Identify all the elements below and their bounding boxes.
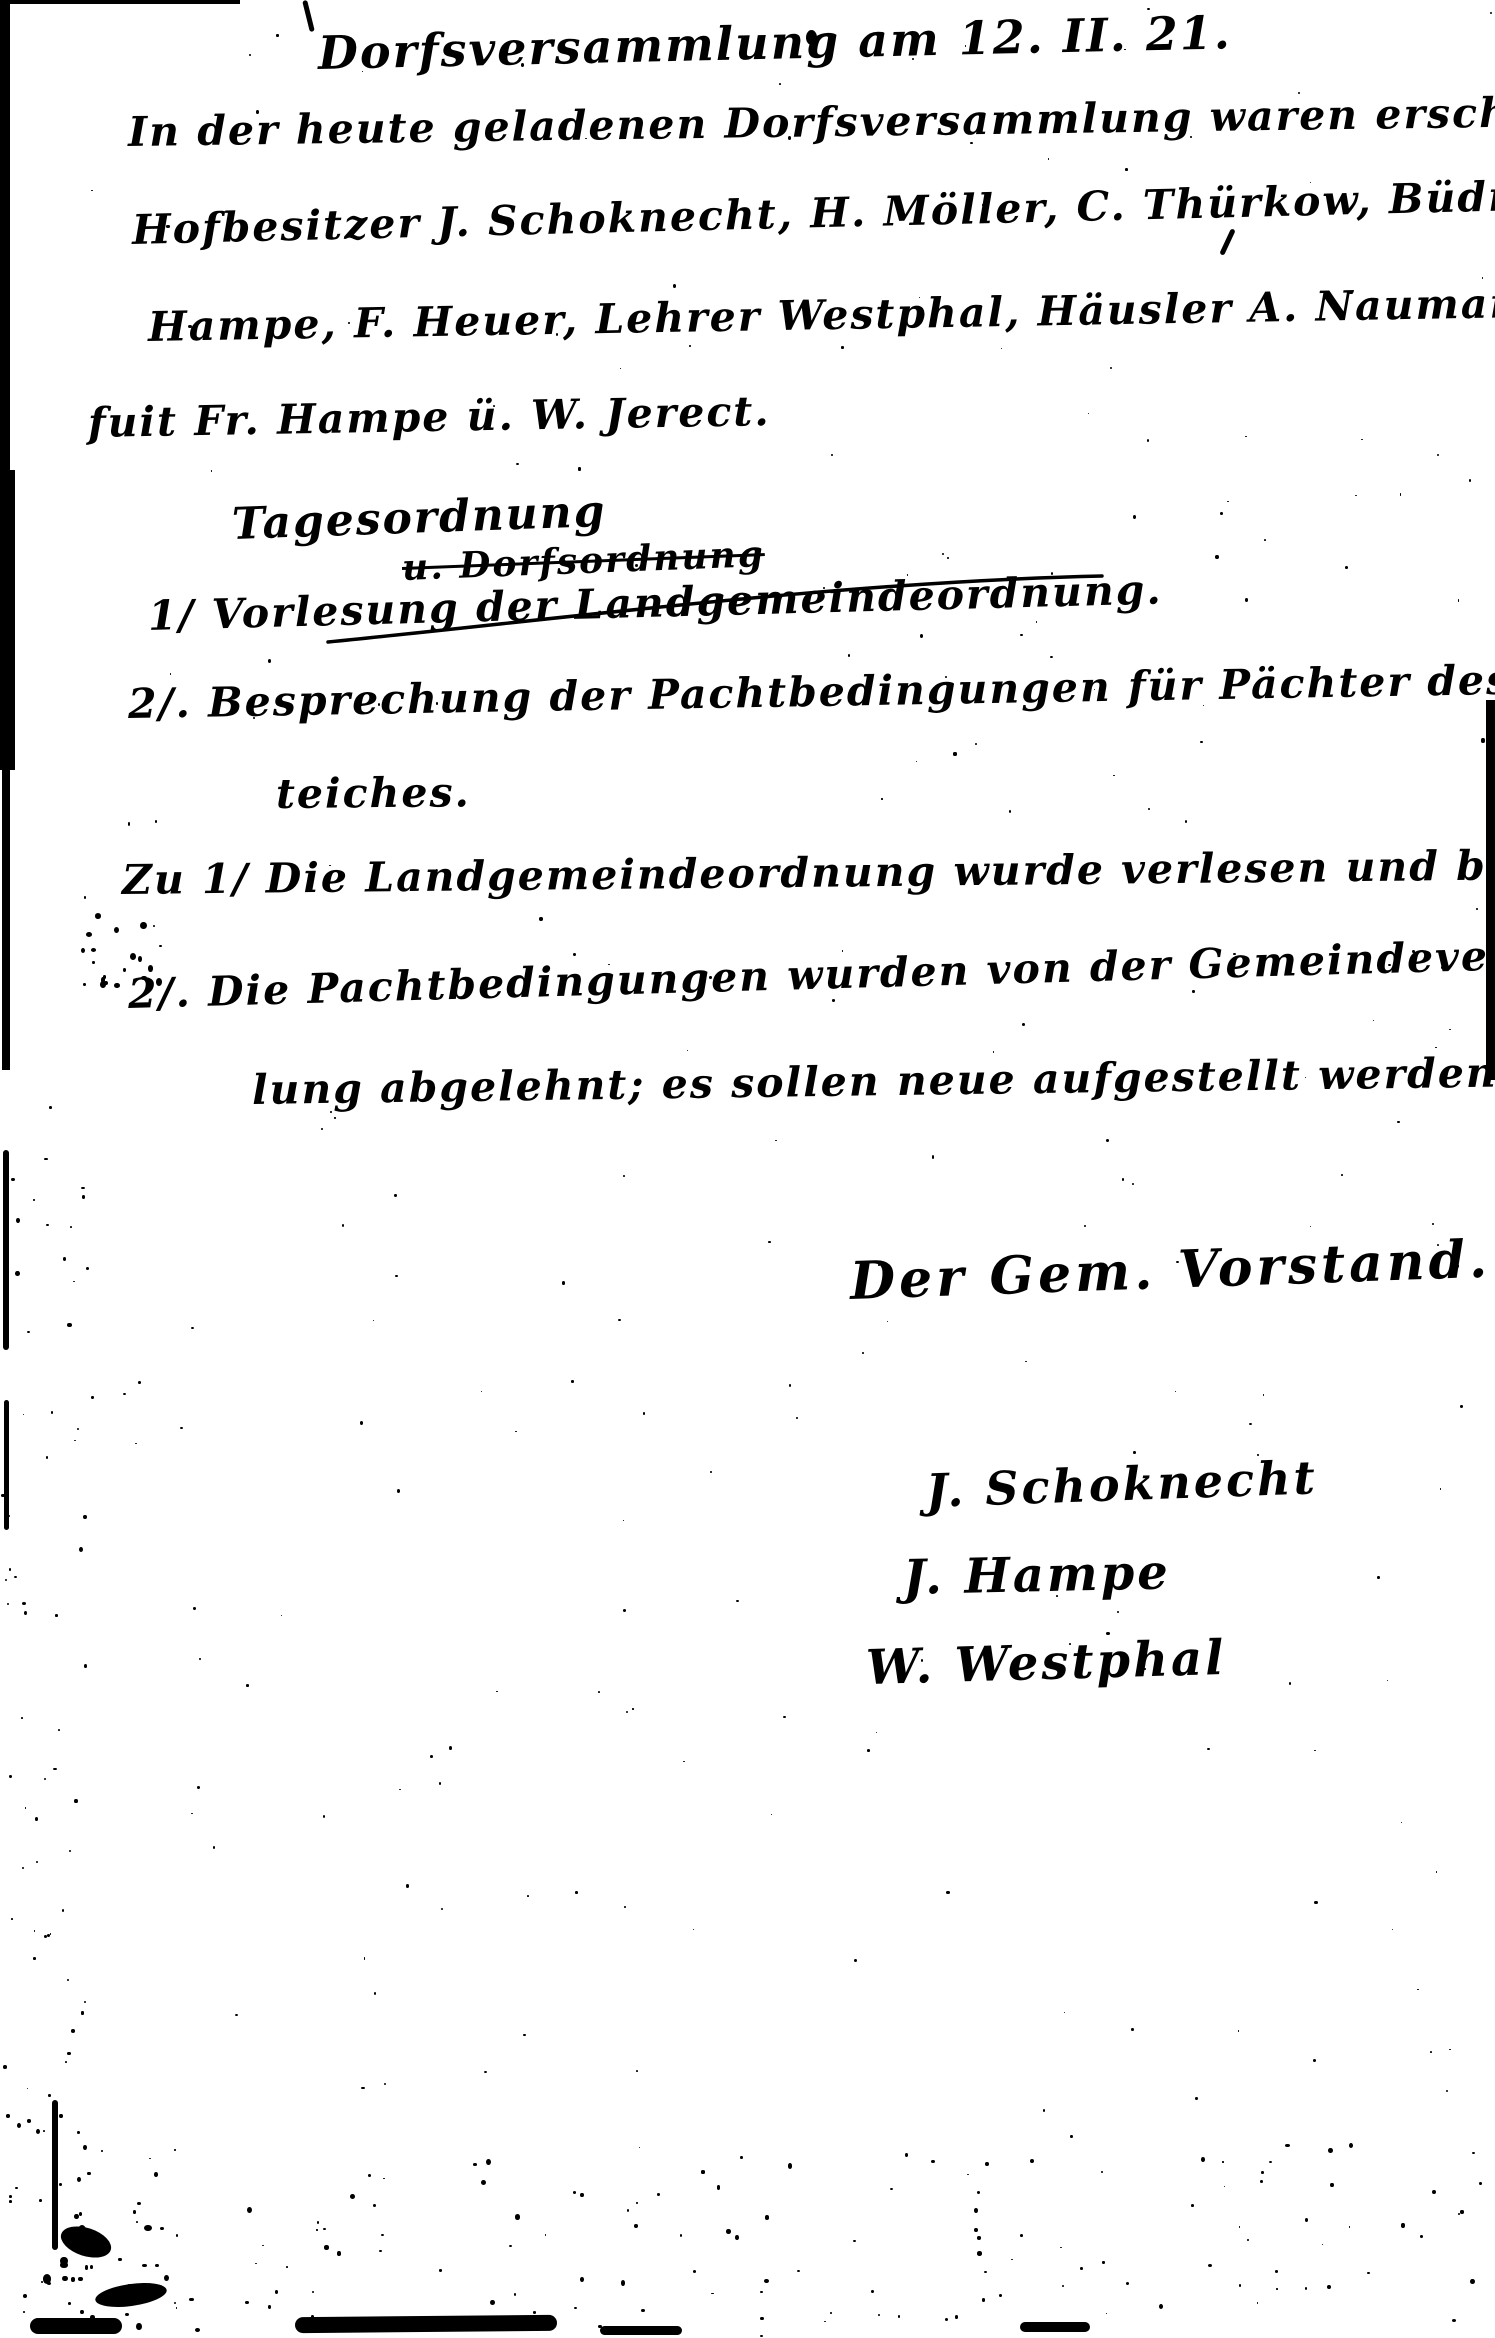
scan-noise-speck <box>1263 1394 1264 1396</box>
scan-noise-speck <box>496 1691 497 1693</box>
scan-noise-speck <box>1377 1576 1379 1579</box>
scan-noise-speck <box>1110 367 1113 370</box>
scan-noise-speck <box>83 983 86 986</box>
binding-edge-artifact <box>3 1150 9 1350</box>
scan-noise-speck <box>1452 2319 1457 2322</box>
scan-noise-speck <box>91 190 93 191</box>
scan-noise-speck <box>1275 2270 1278 2273</box>
scan-noise-speck <box>253 717 255 719</box>
scan-noise-speck <box>21 1717 23 1719</box>
scan-noise-speck <box>1009 810 1011 812</box>
binding-edge-artifact <box>4 1400 9 1530</box>
scan-noise-speck <box>91 1396 93 1398</box>
scan-noise-speck <box>848 654 850 656</box>
scan-noise-speck <box>1239 2284 1242 2287</box>
scan-noise-speck <box>15 2187 18 2190</box>
scan-noise-speck <box>1449 2049 1451 2051</box>
scan-noise-speck <box>44 1158 48 1161</box>
scan-noise-speck <box>657 2193 660 2196</box>
scan-noise-speck <box>636 2070 638 2072</box>
scan-noise-speck <box>195 2328 200 2332</box>
scan-noise-speck <box>449 1746 452 1750</box>
scan-noise-speck <box>35 1817 38 1821</box>
scan-noise-speck <box>114 983 120 988</box>
scan-edge-artifact <box>1486 700 1495 1080</box>
scan-noise-speck <box>1367 2272 1370 2275</box>
scan-noise-speck <box>878 2314 880 2316</box>
scan-noise-speck <box>6 2114 10 2117</box>
scan-noise-speck <box>768 1241 770 1243</box>
scan-noise-speck <box>624 1906 626 1908</box>
scan-noise-speck <box>62 2276 67 2281</box>
scan-noise-speck <box>974 2208 978 2213</box>
scan-noise-speck <box>689 345 691 347</box>
scan-noise-speck <box>977 2251 982 2255</box>
scan-noise-speck <box>1341 1174 1343 1176</box>
scan-noise-speck <box>643 1412 645 1414</box>
scan-noise-speck <box>1460 1405 1463 1407</box>
scan-noise-speck <box>379 2250 382 2252</box>
scan-noise-speck <box>539 917 542 921</box>
signature: W. Westphal <box>865 1634 1227 1692</box>
scan-noise-speck <box>1113 775 1115 777</box>
scan-noise-speck <box>760 2291 762 2293</box>
scan-noise-speck <box>673 284 676 288</box>
scan-noise-speck <box>693 1929 694 1930</box>
scan-noise-speck <box>395 1275 398 1278</box>
scan-noise-speck <box>1224 2186 1226 2187</box>
scan-noise-speck <box>898 2315 900 2318</box>
scan-noise-speck <box>967 2174 969 2175</box>
scan-noise-speck <box>842 950 843 951</box>
scan-noise-speck <box>771 1814 772 1815</box>
agenda-item-continuation: teiches. <box>276 772 471 815</box>
scan-noise-speck <box>373 2204 376 2207</box>
scan-noise-speck <box>74 1799 78 1803</box>
scan-noise-speck <box>1245 598 1248 602</box>
scan-noise-speck <box>1064 2012 1066 2014</box>
scan-noise-speck <box>912 58 914 60</box>
scan-noise-speck <box>14 1576 17 1578</box>
scan-noise-speck <box>46 1456 48 1458</box>
scan-noise-speck <box>693 2270 696 2273</box>
scan-noise-speck <box>878 1264 879 1266</box>
scan-noise-speck <box>1264 539 1266 541</box>
scan-noise-speck <box>79 2212 82 2216</box>
scan-noise-speck <box>166 225 169 227</box>
scan-noise-speck <box>1102 2261 1105 2263</box>
scan-noise-speck <box>193 1607 196 1610</box>
scan-noise-speck <box>174 2149 176 2150</box>
scan-noise-speck <box>1373 1020 1374 1021</box>
scan-noise-speck <box>69 1850 71 1853</box>
scan-noise-speck <box>439 2269 442 2271</box>
scan-noise-speck <box>71 2277 75 2281</box>
scan-noise-speck <box>764 2279 769 2283</box>
scan-noise-speck <box>27 2119 31 2122</box>
scan-noise-speck <box>268 2305 271 2309</box>
scan-noise-speck <box>1446 2090 1448 2092</box>
scan-noise-speck <box>636 2202 638 2203</box>
scan-noise-speck <box>580 2193 583 2197</box>
scan-noise-speck <box>1245 436 1246 438</box>
scan-noise-speck <box>136 2323 142 2330</box>
scan-noise-speck <box>1106 1632 1109 1635</box>
scan-noise-speck <box>905 2153 908 2157</box>
scan-noise-speck <box>1305 2287 1307 2290</box>
scan-noise-speck <box>68 2302 71 2305</box>
scan-noise-speck <box>321 1128 323 1130</box>
scan-noise-speck <box>946 1891 949 1894</box>
scan-noise-speck <box>620 368 621 369</box>
scan-noise-speck <box>1062 2285 1065 2287</box>
scan-noise-speck <box>1322 2244 1324 2246</box>
scan-noise-speck <box>1479 2182 1482 2185</box>
scan-noise-speck <box>79 1547 83 1552</box>
scan-noise-speck <box>82 1195 86 1199</box>
scan-noise-speck <box>286 2266 288 2268</box>
scan-noise-speck <box>736 1600 739 1602</box>
scan-noise-speck <box>81 1187 84 1190</box>
scan-noise-speck <box>383 2178 385 2180</box>
scan-noise-speck <box>533 2311 536 2313</box>
scan-noise-speck <box>1133 1451 1136 1454</box>
scan-noise-speck <box>1458 2213 1460 2215</box>
scan-noise-speck <box>149 2158 151 2159</box>
scan-noise-speck <box>397 1489 400 1493</box>
scan-noise-speck <box>80 2310 84 2315</box>
scan-noise-speck <box>1020 2234 1023 2237</box>
scan-noise-speck <box>1147 439 1150 442</box>
scan-noise-speck <box>1175 1391 1176 1393</box>
scan-noise-speck <box>486 2159 491 2165</box>
scan-noise-speck <box>262 2245 264 2246</box>
scan-noise-speck <box>63 1257 67 1261</box>
scan-noise-speck <box>87 2172 91 2176</box>
scan-noise-speck <box>890 2188 893 2190</box>
scan-noise-speck <box>114 927 120 934</box>
scan-noise-speck <box>323 2228 325 2230</box>
scan-noise-speck <box>164 995 166 997</box>
scan-noise-speck <box>1060 2247 1062 2248</box>
scan-noise-speck <box>373 1320 374 1321</box>
scan-noise-speck <box>74 1440 77 1442</box>
scan-noise-speck <box>1200 741 1203 744</box>
scan-noise-speck <box>1432 2190 1436 2194</box>
scan-noise-speck <box>1080 2267 1082 2270</box>
scan-noise-speck <box>67 2052 70 2055</box>
scan-noise-speck <box>316 2229 318 2230</box>
scan-noise-speck <box>246 1684 249 1686</box>
scan-noise-speck <box>1185 820 1188 824</box>
scan-noise-speck <box>871 2290 874 2293</box>
scan-noise-speck <box>334 1117 336 1118</box>
scan-noise-speck <box>982 2298 985 2301</box>
scan-noise-speck <box>84 1664 87 1668</box>
scan-noise-speck <box>1238 2030 1239 2031</box>
scan-noise-speck <box>824 2321 826 2323</box>
scan-noise-speck <box>90 2265 93 2269</box>
scan-noise-speck <box>775 1140 777 1142</box>
scan-noise-speck <box>830 2312 832 2314</box>
scan-noise-speck <box>1132 1183 1134 1185</box>
scanned-page: Dorfsversammlung am 12. II. 21. In der h… <box>0 0 1495 2338</box>
scan-noise-speck <box>931 2160 934 2163</box>
scan-noise-speck <box>101 2150 103 2153</box>
scan-noise-speck <box>515 2214 520 2219</box>
scan-noise-speck <box>142 2264 146 2267</box>
scan-noise-speck <box>1436 1871 1437 1873</box>
scan-noise-speck <box>3 2065 7 2069</box>
scan-noise-speck <box>1260 2180 1263 2184</box>
scan-noise-speck <box>85 2265 89 2269</box>
scan-noise-speck <box>439 1782 441 1785</box>
scan-noise-speck <box>709 976 712 979</box>
scan-noise-speck <box>573 2191 576 2194</box>
scan-noise-speck <box>33 1957 37 1960</box>
scan-noise-speck <box>1437 454 1439 456</box>
scan-noise-speck <box>25 1807 27 1808</box>
scan-artifact <box>52 2100 58 2250</box>
scan-noise-speck <box>1328 2148 1332 2153</box>
signature: J. Schoknecht <box>925 1454 1318 1514</box>
scan-noise-speck <box>77 2177 81 2182</box>
scan-noise-speck <box>1117 1611 1119 1613</box>
scan-noise-speck <box>136 2221 138 2223</box>
ink-smear <box>295 2315 557 2333</box>
scan-noise-speck <box>1084 1225 1086 1227</box>
scan-noise-speck <box>1191 2204 1194 2207</box>
scan-noise-speck <box>9 1775 12 1778</box>
scan-noise-speck <box>33 1199 35 1200</box>
scan-noise-speck <box>1106 1139 1109 1142</box>
scan-noise-speck <box>130 953 136 960</box>
scan-noise-speck <box>174 2302 176 2304</box>
scan-noise-speck <box>128 822 131 825</box>
scan-noise-speck <box>125 2313 129 2316</box>
scan-noise-speck <box>275 2290 278 2294</box>
scan-noise-speck <box>276 34 278 36</box>
scan-noise-speck <box>1349 292 1352 295</box>
scan-noise-speck <box>138 1381 141 1384</box>
scan-noise-speck <box>337 2251 341 2255</box>
scan-noise-speck <box>9 2195 12 2198</box>
scan-noise-speck <box>621 2280 626 2286</box>
scan-noise-speck <box>717 2185 721 2189</box>
scan-noise-speck <box>481 2180 486 2185</box>
scan-noise-speck <box>1460 2210 1463 2213</box>
scan-noise-speck <box>1305 2218 1308 2222</box>
scan-noise-speck <box>74 2214 78 2219</box>
scan-noise-speck <box>1397 1121 1399 1124</box>
scan-noise-speck <box>1314 1750 1315 1751</box>
scan-noise-speck <box>1201 2157 1205 2162</box>
scan-noise-speck <box>701 2170 706 2173</box>
scan-noise-speck <box>34 1930 36 1932</box>
ink-smear <box>600 2326 682 2335</box>
scan-noise-speck <box>83 1515 87 1519</box>
scan-noise-speck <box>710 1471 712 1473</box>
scan-noise-speck <box>7 1603 9 1605</box>
scan-noise-speck <box>1441 966 1443 969</box>
scan-noise-speck <box>348 322 350 324</box>
scan-noise-speck <box>95 913 101 919</box>
scan-noise-speck <box>687 1050 688 1051</box>
scan-noise-speck <box>1401 2223 1405 2227</box>
signature: J. Hampe <box>902 1548 1171 1602</box>
scan-noise-speck <box>83 2145 88 2151</box>
scan-noise-speck <box>1361 439 1363 440</box>
scan-noise-speck <box>1192 990 1195 994</box>
scan-noise-speck <box>953 752 956 755</box>
scan-noise-speck <box>841 346 844 348</box>
scan-noise-speck <box>1387 1680 1388 1681</box>
scan-noise-speck <box>515 1431 517 1433</box>
scan-noise-speck <box>1148 808 1151 810</box>
scan-noise-speck <box>11 1178 15 1182</box>
scan-noise-speck <box>1349 2226 1351 2228</box>
scan-noise-speck <box>81 948 85 953</box>
scan-noise-speck <box>133 2210 136 2213</box>
scan-noise-speck <box>1222 2161 1224 2162</box>
scan-noise-speck <box>1215 555 1218 559</box>
scan-noise-speck <box>16 1218 20 1223</box>
scan-noise-speck <box>49 1106 52 1109</box>
scan-noise-speck <box>1470 2279 1475 2285</box>
scan-noise-speck <box>23 1414 25 1415</box>
scan-noise-speck <box>60 2262 68 2267</box>
scan-noise-speck <box>1220 512 1223 515</box>
scan-noise-speck <box>92 961 95 964</box>
scan-noise-speck <box>188 325 191 328</box>
scan-noise-speck <box>796 1417 798 1419</box>
scan-noise-speck <box>235 2014 238 2016</box>
scan-noise-speck <box>1122 1178 1124 1180</box>
scan-noise-speck <box>1476 908 1478 910</box>
scan-noise-speck <box>27 1331 30 1334</box>
scan-noise-speck <box>1131 2028 1134 2031</box>
ink-smear <box>1020 2322 1090 2332</box>
stray-ink-mark <box>1219 228 1235 255</box>
scan-noise-speck <box>789 1384 791 1387</box>
scan-noise-speck <box>44 1778 47 1780</box>
scan-noise-speck <box>1001 348 1002 349</box>
minutes-line: 2/. Die Pachtbedingungen wurden von der … <box>127 931 1495 1015</box>
scan-noise-speck <box>760 2317 764 2321</box>
scan-noise-speck <box>1133 515 1136 519</box>
scan-noise-speck <box>1247 2239 1249 2242</box>
agenda-item: 2/. Besprechung der Pachtbedingungen für… <box>128 656 1495 725</box>
scan-noise-speck <box>493 702 496 706</box>
scan-noise-speck <box>23 2294 27 2298</box>
scan-noise-speck <box>384 2083 386 2085</box>
closing-line: Der Gem. Vorstand. <box>849 1234 1492 1308</box>
scan-noise-speck <box>932 1155 935 1158</box>
scan-noise-speck <box>1285 2144 1289 2147</box>
scan-noise-speck <box>46 1224 48 1226</box>
scan-noise-speck <box>942 553 944 555</box>
scan-noise-speck <box>571 1380 574 1383</box>
scan-noise-speck <box>50 1933 51 1934</box>
scan-noise-speck <box>430 1755 433 1758</box>
scan-noise-speck <box>623 1520 624 1521</box>
scan-noise-speck <box>17 2123 21 2128</box>
scan-noise-speck <box>1490 12 1492 14</box>
scan-noise-speck <box>211 470 212 471</box>
scan-noise-speck <box>726 2229 731 2233</box>
scan-noise-speck <box>1481 738 1484 742</box>
scan-noise-speck <box>1081 1085 1083 1087</box>
scan-noise-speck <box>81 2011 83 2014</box>
scan-noise-speck <box>154 2172 158 2177</box>
scan-noise-speck <box>153 925 155 927</box>
scan-noise-speck <box>955 2315 958 2318</box>
scan-noise-speck <box>36 1861 38 1863</box>
scan-noise-speck <box>1101 2171 1103 2173</box>
scan-noise-speck <box>920 634 923 638</box>
scan-noise-speck <box>1313 2059 1316 2063</box>
scan-noise-speck <box>993 1051 994 1052</box>
scan-noise-speck <box>975 743 977 745</box>
scan-noise-speck <box>70 1226 72 1228</box>
scan-noise-speck <box>1070 2135 1073 2138</box>
scan-noise-speck <box>974 2228 978 2233</box>
scan-noise-speck <box>1208 2264 1212 2267</box>
scan-edge-artifact <box>0 0 240 4</box>
scan-noise-speck <box>1048 158 1050 160</box>
scan-noise-speck <box>711 2293 713 2295</box>
scan-noise-speck <box>406 1884 409 1888</box>
scan-noise-speck <box>1261 2171 1264 2175</box>
scan-noise-speck <box>862 1352 864 1354</box>
scan-noise-speck <box>598 2325 601 2328</box>
scan-noise-speck <box>509 2245 512 2247</box>
scan-noise-speck <box>639 2147 641 2148</box>
scan-noise-speck <box>84 2001 86 2003</box>
body-line: Hampe, F. Heuer, Lehrer Westphal, Häusle… <box>148 282 1495 348</box>
scan-noise-speck <box>887 1321 888 1322</box>
scan-noise-speck <box>23 2311 25 2313</box>
scan-noise-speck <box>1392 1929 1393 1930</box>
scan-noise-speck <box>1249 1423 1252 1425</box>
scan-noise-speck <box>635 564 638 567</box>
scan-noise-speck <box>84 896 86 898</box>
scan-noise-speck <box>627 2209 629 2212</box>
scan-noise-speck <box>1207 1748 1210 1751</box>
scan-noise-speck <box>43 2130 45 2132</box>
scan-noise-speck <box>78 2277 82 2281</box>
scan-noise-speck <box>180 1427 183 1430</box>
scan-noise-speck <box>1006 962 1009 965</box>
scan-noise-speck <box>1310 1226 1311 1227</box>
agenda-heading: Tagesordnung <box>231 490 607 547</box>
scan-noise-speck <box>1355 495 1356 496</box>
scan-noise-speck <box>1400 493 1402 495</box>
scan-noise-speck <box>481 1391 482 1392</box>
scan-noise-speck <box>867 1749 870 1752</box>
scan-noise-speck <box>22 1867 24 1869</box>
binding-edge-artifact <box>2 770 10 1070</box>
scan-noise-speck <box>1269 2161 1272 2163</box>
minutes-line: lung abgelehnt; es sollen neue aufgestel… <box>252 1053 1495 1111</box>
scan-noise-speck <box>484 2071 487 2073</box>
scan-noise-speck <box>680 2234 682 2237</box>
scan-noise-speck <box>24 1611 27 1615</box>
scan-noise-speck <box>361 2087 364 2090</box>
scan-noise-speck <box>1345 566 1348 569</box>
scan-noise-speck <box>1233 953 1235 955</box>
scan-noise-speck <box>984 2271 987 2274</box>
